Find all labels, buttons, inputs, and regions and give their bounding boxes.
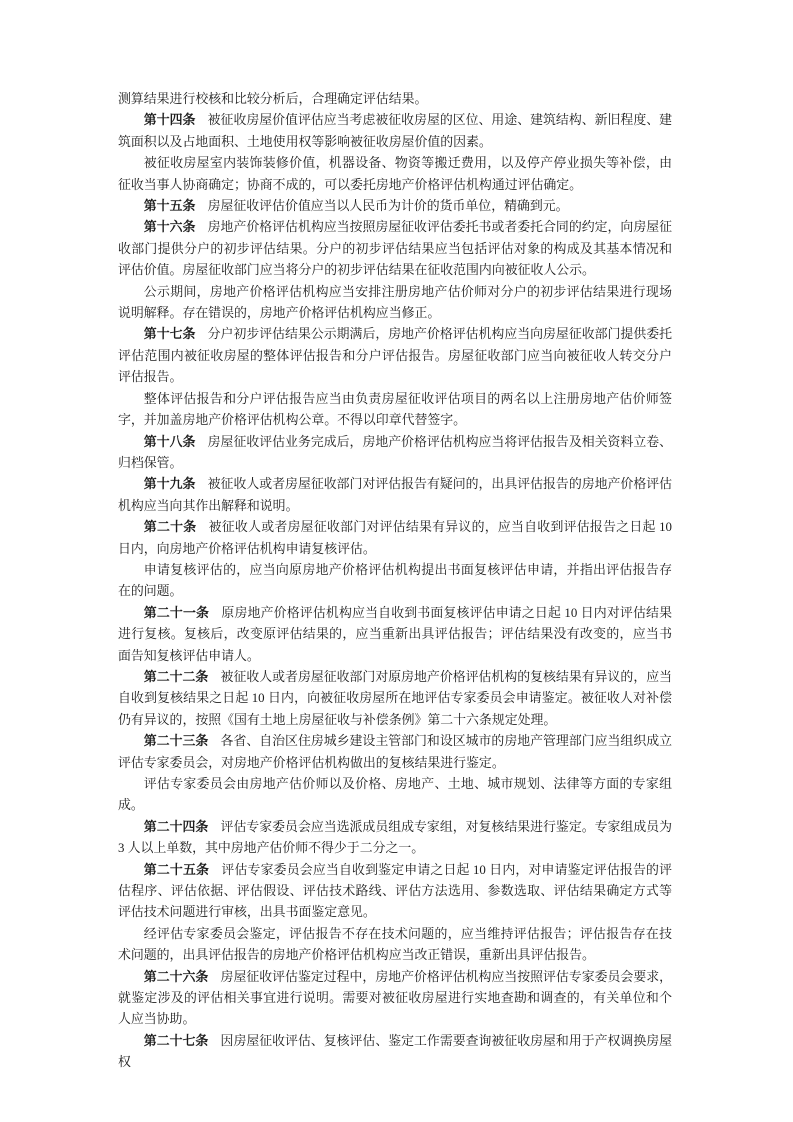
paragraph-text: 被征收人或者房屋征收部门对评估报告有疑问的，出具评估报告的房地产价格评估机构应当… bbox=[118, 477, 672, 512]
article-paragraph: 第十四条被征收房屋价值评估应当考虑被征收房屋的区位、用途、建筑结构、新旧程度、建… bbox=[118, 110, 672, 153]
article-paragraph: 第十五条房屋征收评估价值应当以人民币为计价的货币单位，精确到元。 bbox=[118, 196, 672, 217]
article-number: 第十四条 bbox=[144, 113, 196, 127]
paragraph-text: 被征收房屋室内装饰装修价值，机器设备、物资等搬迁费用，以及停产停业损失等补偿，由… bbox=[118, 156, 672, 191]
body-paragraph: 评估专家委员会由房地产估价师以及价格、房地产、土地、城市规划、法律等方面的专家组… bbox=[118, 774, 672, 817]
article-paragraph: 第二十五条评估专家委员会应当自收到鉴定申请之日起 10 日内，对申请鉴定评估报告… bbox=[118, 860, 672, 924]
paragraph-text: 测算结果进行校核和比较分析后，合理确定评估结果。 bbox=[118, 92, 427, 106]
paragraph-text: 房地产价格评估机构应当按照房屋征收评估委托书或者委托合同的约定，向房屋征收部门提… bbox=[118, 220, 672, 277]
article-paragraph: 第二十七条因房屋征收评估、复核评估、鉴定工作需要查询被征收房屋和用于产权调换房屋… bbox=[118, 1031, 672, 1074]
paragraph-text: 经评估专家委员会鉴定，评估报告不存在技术问题的，应当维持评估报告；评估报告存在技… bbox=[118, 927, 672, 962]
article-paragraph: 第二十条被征收人或者房屋征收部门对评估结果有异议的，应当自收到评估报告之日起 1… bbox=[118, 517, 672, 560]
article-number: 第二十二条 bbox=[144, 670, 209, 684]
document-body: 测算结果进行校核和比较分析后，合理确定评估结果。第十四条被征收房屋价值评估应当考… bbox=[118, 89, 672, 1074]
paragraph-text: 分户初步评估结果公示期满后，房地产价格评估机构应当向房屋征收部门提供委托评估范围… bbox=[118, 327, 672, 384]
paragraph-text: 公示期间，房地产价格评估机构应当安排注册房地产估价师对分户的初步评估结果进行现场… bbox=[118, 285, 672, 320]
body-paragraph: 整体评估报告和分户评估报告应当由负责房屋征收评估项目的两名以上注册房地产估价师签… bbox=[118, 389, 672, 432]
article-number: 第二十七条 bbox=[144, 1034, 209, 1048]
article-number: 第十九条 bbox=[144, 477, 196, 491]
article-number: 第二十五条 bbox=[144, 863, 209, 877]
body-paragraph: 测算结果进行校核和比较分析后，合理确定评估结果。 bbox=[118, 89, 672, 110]
article-paragraph: 第二十四条评估专家委员会应当选派成员组成专家组，对复核结果进行鉴定。专家组成员为… bbox=[118, 817, 672, 860]
article-number: 第二十一条 bbox=[144, 606, 209, 620]
article-paragraph: 第二十一条原房地产价格评估机构应当自收到书面复核评估申请之日起 10 日内对评估… bbox=[118, 603, 672, 667]
article-number: 第二十六条 bbox=[144, 970, 209, 984]
body-paragraph: 申请复核评估的，应当向原房地产价格评估机构提出书面复核评估申请，并指出评估报告存… bbox=[118, 560, 672, 603]
article-paragraph: 第十八条房屋征收评估业务完成后，房地产价格评估机构应当将评估报告及相关资料立卷、… bbox=[118, 432, 672, 475]
paragraph-text: 被征收人或者房屋征收部门对评估结果有异议的，应当自收到评估报告之日起 10 日内… bbox=[118, 520, 672, 555]
body-paragraph: 被征收房屋室内装饰装修价值，机器设备、物资等搬迁费用，以及停产停业损失等补偿，由… bbox=[118, 153, 672, 196]
paragraph-text: 整体评估报告和分户评估报告应当由负责房屋征收评估项目的两名以上注册房地产估价师签… bbox=[118, 392, 672, 427]
article-number: 第二十三条 bbox=[144, 734, 209, 748]
article-number: 第十五条 bbox=[144, 199, 196, 213]
paragraph-text: 被征收房屋价值评估应当考虑被征收房屋的区位、用途、建筑结构、新旧程度、建筑面积以… bbox=[118, 113, 672, 148]
article-paragraph: 第十七条分户初步评估结果公示期满后，房地产价格评估机构应当向房屋征收部门提供委托… bbox=[118, 324, 672, 388]
body-paragraph: 经评估专家委员会鉴定，评估报告不存在技术问题的，应当维持评估报告；评估报告存在技… bbox=[118, 924, 672, 967]
article-number: 第十六条 bbox=[144, 220, 196, 234]
document-page: 测算结果进行校核和比较分析后，合理确定评估结果。第十四条被征收房屋价值评估应当考… bbox=[0, 0, 793, 1122]
article-paragraph: 第十九条被征收人或者房屋征收部门对评估报告有疑问的，出具评估报告的房地产价格评估… bbox=[118, 474, 672, 517]
article-paragraph: 第十六条房地产价格评估机构应当按照房屋征收评估委托书或者委托合同的约定，向房屋征… bbox=[118, 217, 672, 281]
article-number: 第十八条 bbox=[144, 435, 196, 449]
body-paragraph: 公示期间，房地产价格评估机构应当安排注册房地产估价师对分户的初步评估结果进行现场… bbox=[118, 282, 672, 325]
article-number: 第二十四条 bbox=[144, 820, 209, 834]
article-paragraph: 第二十三条各省、自治区住房城乡建设主管部门和设区城市的房地产管理部门应当组织成立… bbox=[118, 731, 672, 774]
paragraph-text: 申请复核评估的，应当向原房地产价格评估机构提出书面复核评估申请，并指出评估报告存… bbox=[118, 563, 672, 598]
paragraph-text: 评估专家委员会由房地产估价师以及价格、房地产、土地、城市规划、法律等方面的专家组… bbox=[118, 777, 672, 812]
article-number: 第十七条 bbox=[144, 327, 196, 341]
paragraph-text: 房屋征收评估价值应当以人民币为计价的货币单位，精确到元。 bbox=[208, 199, 569, 213]
paragraph-text: 房屋征收评估业务完成后，房地产价格评估机构应当将评估报告及相关资料立卷、归档保管… bbox=[118, 435, 672, 470]
article-number: 第二十条 bbox=[144, 520, 197, 534]
article-paragraph: 第二十二条被征收人或者房屋征收部门对原房地产价格评估机构的复核结果有异议的，应当… bbox=[118, 667, 672, 731]
article-paragraph: 第二十六条房屋征收评估鉴定过程中，房地产价格评估机构应当按照评估专家委员会要求，… bbox=[118, 967, 672, 1031]
